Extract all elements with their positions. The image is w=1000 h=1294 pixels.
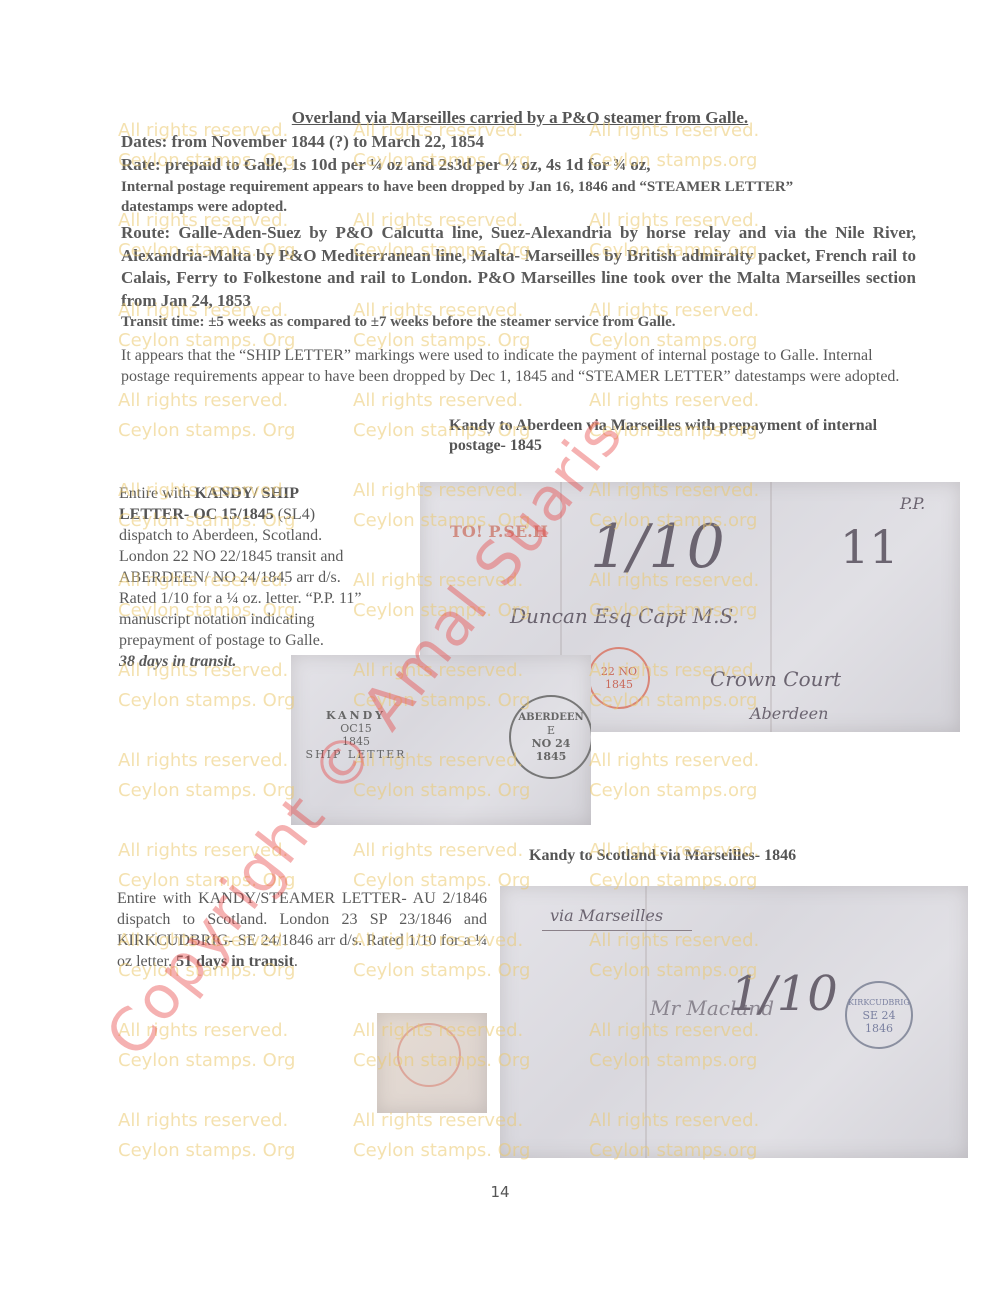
via-marseilles-note: via Marseilles bbox=[550, 906, 663, 925]
kirkcudbright-datestamp: KIRKCUDBRIG SE 24 1846 bbox=[845, 981, 913, 1049]
exhibit1-description: Entire with KANDY/ SHIP LETTER- OC 15/18… bbox=[119, 483, 369, 672]
watermark-text: Ceylon stamps.org bbox=[589, 780, 758, 801]
exhibit2-desc-main: Entire with KANDY/STEAMER LETTER- AU 2/1… bbox=[117, 890, 487, 970]
watermark-text: All rights reserved. bbox=[589, 750, 759, 771]
watermark-text: All rights reserved. bbox=[118, 1020, 288, 1041]
kandy-ship-letter-stamp: KANDY OC15 1845 SHIP LETTER bbox=[301, 680, 411, 790]
pp-value-manuscript: 11 bbox=[840, 520, 899, 574]
route-description: Route: Galle-Aden-Suez by P&O Calcutta l… bbox=[121, 222, 916, 312]
page-title: Overland via Marseilles carried by a P&O… bbox=[120, 108, 920, 128]
exhibit2-backstamp-image bbox=[377, 1013, 487, 1113]
watermark-text: All rights reserved. bbox=[118, 390, 288, 411]
exhibit1-desc-prefix: Entire with bbox=[119, 485, 195, 502]
transit-time: Transit time: ±5 weeks as compared to ±7… bbox=[121, 312, 921, 332]
exhibit1-desc-rest: (SL4) dispatch to Aberdeen, Scotland. Lo… bbox=[119, 506, 361, 649]
address-manuscript: Mr Macland bbox=[650, 996, 774, 1020]
rate-line: Rate: prepaid to Galle, 1s 10d per ¼ oz … bbox=[121, 155, 921, 175]
watermark-text: Ceylon stamps. Org bbox=[118, 420, 295, 441]
watermark-text: Ceylon stamps. Org bbox=[118, 1050, 295, 1071]
watermark-text: All rights reserved. bbox=[118, 1110, 288, 1131]
watermark-text: Ceylon stamps. Org bbox=[118, 1140, 295, 1161]
red-backstamp bbox=[397, 1023, 461, 1087]
rate-manuscript: 1/10 bbox=[590, 512, 725, 582]
exhibit2-cover-image: via Marseilles 1/10 Mr Macland KIRKCUDBR… bbox=[500, 886, 968, 1158]
exhibit1-inset-image: KANDY OC15 1845 SHIP LETTER ABERDEEN E N… bbox=[291, 655, 591, 825]
exhibit1-caption: Kandy to Aberdeen via Marseilles with pr… bbox=[449, 416, 889, 456]
red-london-handstamp: TO! P.SE.H bbox=[450, 522, 548, 541]
dates-line: Dates: from November 1844 (?) to March 2… bbox=[121, 132, 921, 152]
watermark-text: All rights reserved. bbox=[118, 840, 288, 861]
address-line2: Crown Court bbox=[710, 667, 841, 691]
watermark-text: Ceylon stamps. Org bbox=[118, 780, 295, 801]
watermark-text: All rights reserved. bbox=[589, 390, 759, 411]
internal-postage-note: Internal postage requirement appears to … bbox=[121, 177, 861, 217]
watermark-text: All rights reserved. bbox=[353, 840, 523, 861]
aberdeen-datestamp: ABERDEEN E NO 24 1845 bbox=[509, 695, 591, 779]
exhibit2-caption: Kandy to Scotland via Marseilles- 1846 bbox=[529, 846, 869, 866]
london-datestamp: 22 NO 1845 bbox=[588, 647, 650, 709]
exhibit1-transit-days: 38 days in transit. bbox=[119, 653, 236, 670]
watermark-text: All rights reserved. bbox=[353, 1110, 523, 1131]
watermark-text: All rights reserved. bbox=[353, 390, 523, 411]
address-line1: Duncan Esq Capt M.S. bbox=[510, 604, 739, 628]
watermark-text: All rights reserved. bbox=[118, 750, 288, 771]
page-number: 14 bbox=[0, 1183, 1000, 1201]
exhibit2-description: Entire with KANDY/STEAMER LETTER- AU 2/1… bbox=[117, 888, 487, 972]
address-line3: Aberdeen bbox=[750, 704, 828, 723]
intro-paragraph: It appears that the “SHIP LETTER” markin… bbox=[121, 345, 921, 387]
watermark-text: Ceylon stamps. Org bbox=[118, 690, 295, 711]
pp-manuscript: P.P. bbox=[900, 494, 925, 513]
exhibit2-transit-days: 51 days in transit bbox=[176, 953, 294, 970]
